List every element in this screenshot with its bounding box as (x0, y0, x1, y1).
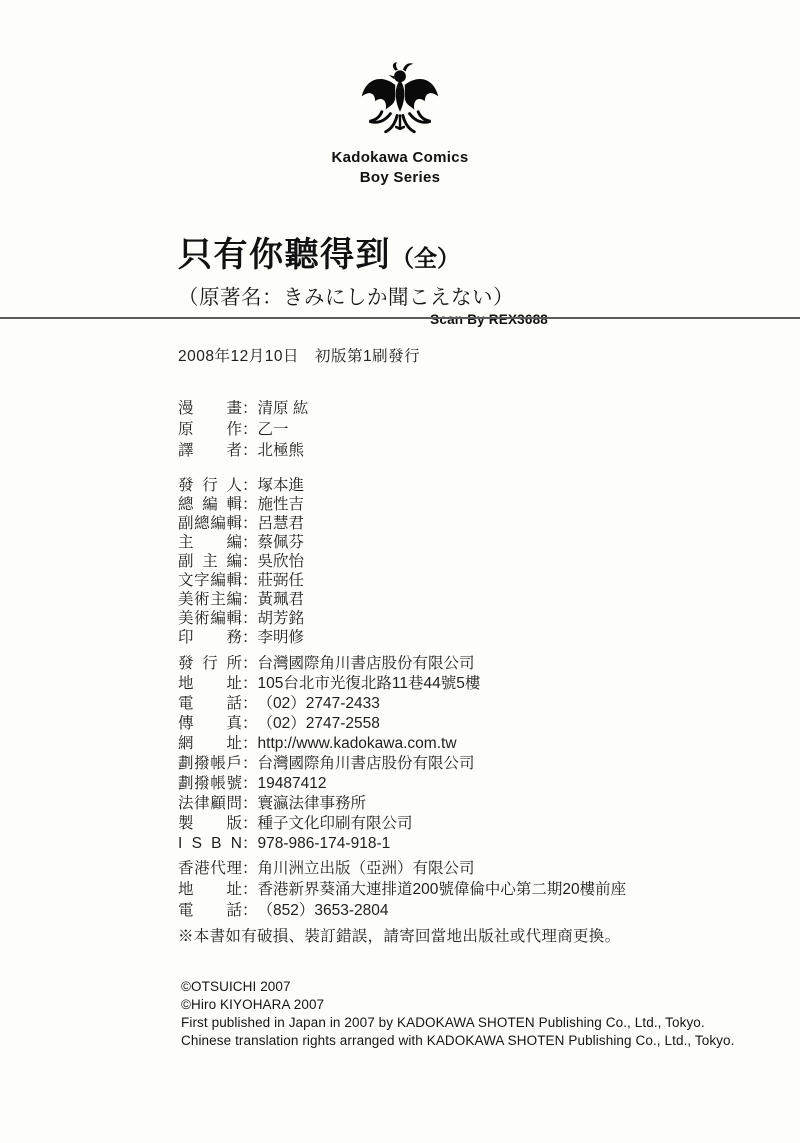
field-value: 北極熊 (258, 438, 305, 460)
field-label: 香港代理 (178, 856, 242, 878)
original-title: （原著名：きみにしか聞こえない） (178, 280, 548, 310)
colophon-row: 副主編：吳欣怡 (178, 549, 778, 568)
field-label: 印務 (178, 625, 242, 647)
colon: ： (242, 811, 258, 833)
field-label: I S B N (178, 835, 242, 853)
creators-block: 漫畫：清原 紘 原作：乙一 譯者：北極熊 (178, 396, 778, 459)
divider-rule (0, 317, 800, 319)
copyright-line: First published in Japan in 2007 by KADO… (181, 1014, 735, 1032)
field-label: 譯者 (178, 438, 242, 460)
book-title-text: 只有你聽得到 (178, 236, 391, 274)
copyright-line: ©OTSUICHI 2007 (181, 978, 735, 996)
print-date: 2008年12月10日 初版第1刷發行 (178, 344, 778, 366)
field-label: 原作 (178, 417, 242, 439)
colon: ： (242, 396, 258, 418)
field-label: 地址 (178, 671, 242, 693)
scan-credit: Scan By REX3688 (178, 312, 548, 327)
field-label: 電話 (178, 898, 242, 920)
field-value: 105台北市光復北路11巷44號5樓 (258, 671, 481, 693)
colophon-row: 劃撥帳號：19487412 (178, 771, 778, 791)
field-value: 乙一 (258, 417, 289, 439)
field-value: 香港新界葵涌大連排道200號偉倫中心第二期20樓前座 (258, 877, 627, 899)
colon: ： (242, 625, 258, 647)
copyright-line: ©Hiro KIYOHARA 2007 (181, 996, 735, 1014)
field-label: 漫畫 (178, 396, 242, 418)
edition-tag: （全） (391, 245, 460, 271)
colophon-row: 製版：種子文化印刷有限公司 (178, 811, 778, 831)
colophon-row: 法律顧問：寰瀛法律事務所 (178, 791, 778, 811)
colon: ： (242, 791, 258, 813)
colophon-row: 美術編輯：胡芳銘 (178, 606, 778, 625)
field-label: 劃撥帳號 (178, 771, 242, 793)
colon: ： (242, 751, 258, 773)
copyright-block: ©OTSUICHI 2007 ©Hiro KIYOHARA 2007 First… (181, 978, 735, 1050)
publisher-block: 發行所：台灣國際角川書店股份有限公司 地址：105台北市光復北路11巷44號5樓… (178, 651, 778, 851)
logo-series-line1: Kadokawa Comics (331, 148, 468, 168)
field-label: 劃撥帳戶 (178, 751, 242, 773)
copyright-line: Chinese translation rights arranged with… (181, 1032, 735, 1050)
staff-block: 發行人：塚本進 總編輯：施性吉 副總編輯：呂慧君 主編：蔡佩芬 副主編：吳欣怡 … (178, 473, 778, 644)
colon: ： (242, 651, 258, 673)
colophon-page: Kadokawa Comics Boy Series 只有你聽得到（全） （原著… (0, 0, 800, 1143)
colophon-row: I S B N：978-986-174-918-1 (178, 831, 778, 851)
field-value: 角川洲立出版（亞洲）有限公司 (258, 856, 475, 878)
field-label: 發行所 (178, 651, 242, 673)
field-value: 寰瀛法律事務所 (258, 791, 367, 813)
colophon-row: 電話：（02）2747-2433 (178, 691, 778, 711)
colophon-row: 美術主編：黃珮君 (178, 587, 778, 606)
field-label: 地址 (178, 877, 242, 899)
field-label: 網址 (178, 731, 242, 753)
kadokawa-phoenix-icon (352, 62, 448, 148)
field-value: 清原 紘 (258, 396, 309, 418)
field-label: 電話 (178, 691, 242, 713)
colophon-row: 總編輯：施性吉 (178, 492, 778, 511)
colophon-row: 香港代理：角川洲立出版（亞洲）有限公司 (178, 856, 778, 877)
colon: ： (242, 731, 258, 753)
colophon-row: 傳真：（02）2747-2558 (178, 711, 778, 731)
field-value: 台灣國際角川書店股份有限公司 (258, 751, 475, 773)
colophon-row: 發行所：台灣國際角川書店股份有限公司 (178, 651, 778, 671)
colophon-row: 譯者：北極熊 (178, 438, 778, 459)
colophon-row: 網址：http://www.kadokawa.com.tw (178, 731, 778, 751)
book-title: 只有你聽得到（全） (178, 236, 548, 277)
colon: ： (242, 831, 258, 853)
damage-notice: ※本書如有破損、裝訂錯誤，請寄回當地出版社或代理商更換。 (178, 924, 778, 946)
field-value: （02）2747-2433 (258, 691, 380, 713)
field-value: 台灣國際角川書店股份有限公司 (258, 651, 475, 673)
field-label: 法律顧問 (178, 791, 242, 813)
field-value: （02）2747-2558 (258, 711, 380, 733)
colon: ： (242, 711, 258, 733)
hk-agent-block: 香港代理：角川洲立出版（亞洲）有限公司 地址：香港新界葵涌大連排道200號偉倫中… (178, 856, 778, 919)
colophon-row: 原作：乙一 (178, 417, 778, 438)
colophon-row: 地址：香港新界葵涌大連排道200號偉倫中心第二期20樓前座 (178, 877, 778, 898)
field-value: 李明修 (258, 625, 305, 647)
logo-series-line2: Boy Series (360, 168, 441, 188)
colon: ： (242, 671, 258, 693)
colon: ： (242, 877, 258, 899)
colophon-row: 文字編輯：莊弼任 (178, 568, 778, 587)
field-label: 傳真 (178, 711, 242, 733)
colophon-row: 主編：蔡佩芬 (178, 530, 778, 549)
colophon-row: 印務：李明修 (178, 625, 778, 644)
colon: ： (242, 771, 258, 793)
colon: ： (242, 856, 258, 878)
field-value: 種子文化印刷有限公司 (258, 811, 413, 833)
colon: ： (242, 417, 258, 439)
colon: ： (242, 438, 258, 460)
colophon-row: 副總編輯：呂慧君 (178, 511, 778, 530)
colophon-row: 電話：（852）3653-2804 (178, 898, 778, 919)
field-value: 978-986-174-918-1 (258, 835, 391, 853)
colon: ： (242, 691, 258, 713)
field-value: （852）3653-2804 (258, 898, 389, 920)
colon: ： (242, 898, 258, 920)
field-label: 製版 (178, 811, 242, 833)
colophon-body: 2008年12月10日 初版第1刷發行 漫畫：清原 紘 原作：乙一 譯者：北極熊… (178, 344, 778, 946)
publisher-logo-block: Kadokawa Comics Boy Series (0, 62, 800, 188)
colophon-row: 地址：105台北市光復北路11巷44號5樓 (178, 671, 778, 691)
title-block: 只有你聽得到（全） （原著名：きみにしか聞こえない） Scan By REX36… (178, 236, 548, 327)
colophon-row: 劃撥帳戶：台灣國際角川書店股份有限公司 (178, 751, 778, 771)
colophon-row: 漫畫：清原 紘 (178, 396, 778, 417)
colophon-row: 發行人：塚本進 (178, 473, 778, 492)
